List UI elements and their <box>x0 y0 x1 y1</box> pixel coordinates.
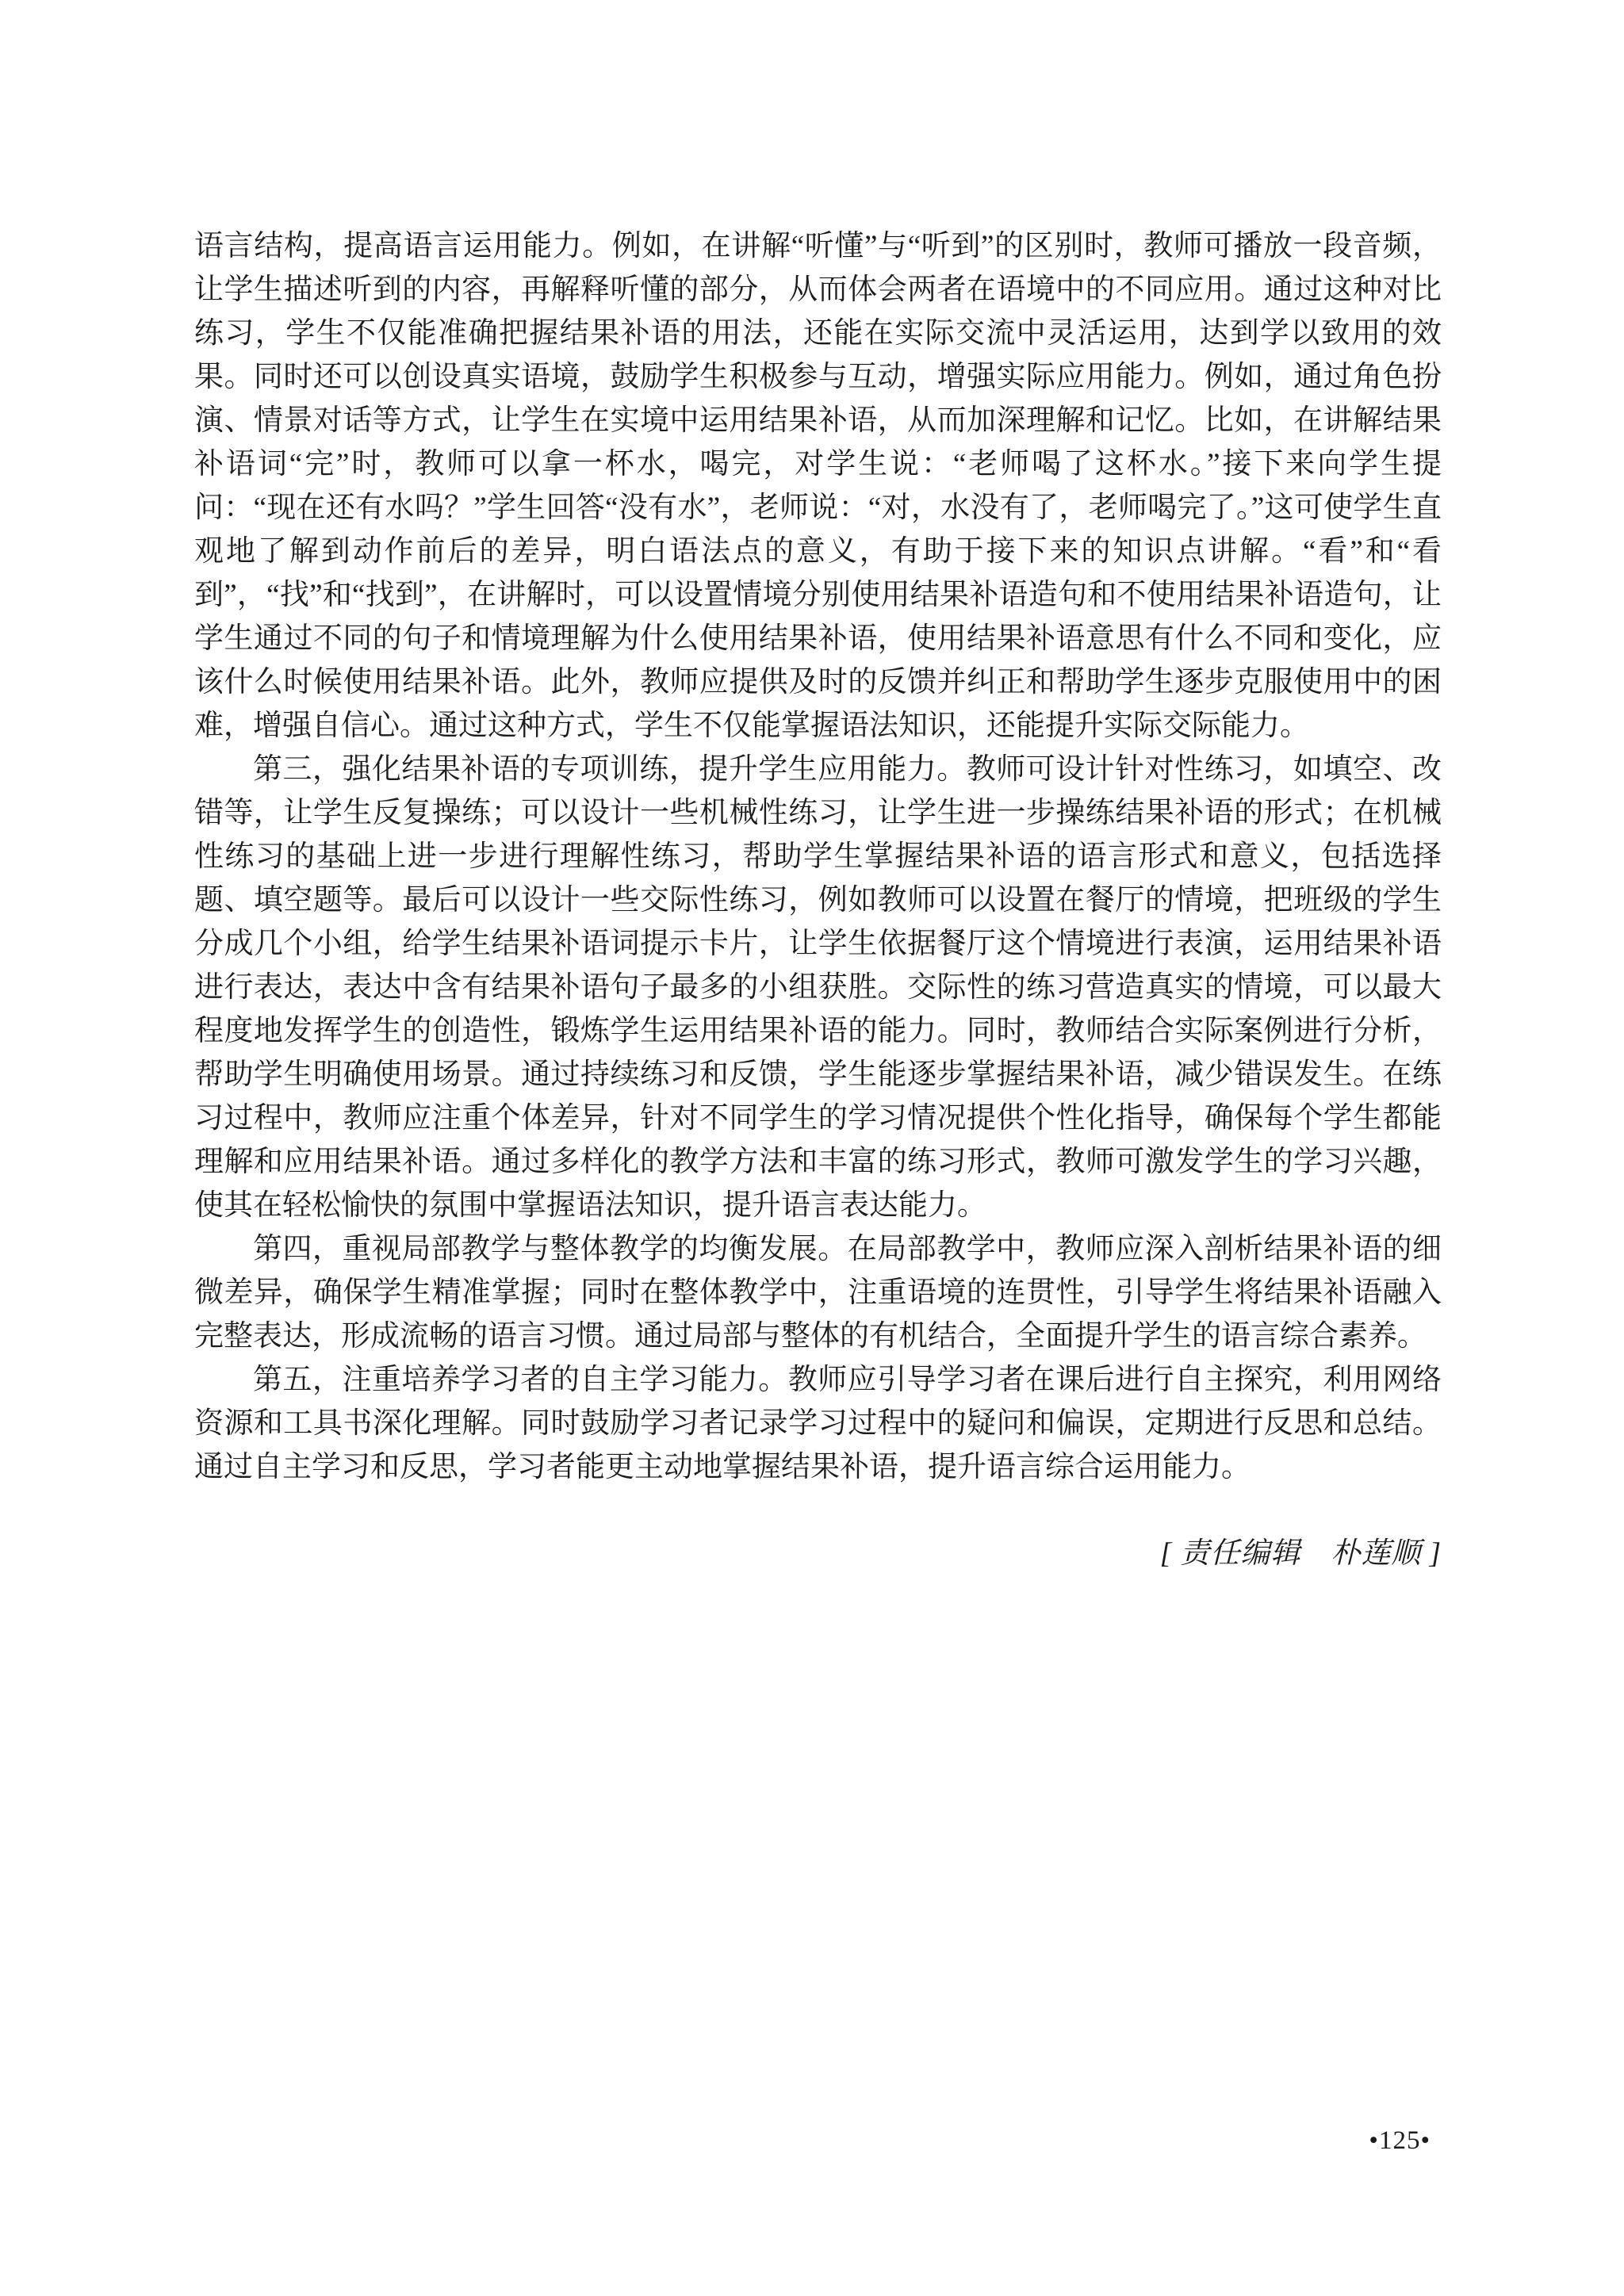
paragraph-fifth-point: 第五，注重培养学习者的自主学习能力。教师应引导学习者在课后进行自主探究，利用网络… <box>194 1358 1442 1489</box>
article-body: 语言结构，提高语言运用能力。例如，在讲解“听懂”与“听到”的区别时，教师可播放一… <box>194 224 1442 1575</box>
paragraph-third-point: 第三，强化结果补语的专项训练，提升学生应用能力。教师可设计针对性练习，如填空、改… <box>194 748 1442 1227</box>
paragraph-fourth-point: 第四，重视局部教学与整体教学的均衡发展。在局部教学中，教师应深入剖析结果补语的细… <box>194 1227 1442 1358</box>
paragraph-continuation: 语言结构，提高语言运用能力。例如，在讲解“听懂”与“听到”的区别时，教师可播放一… <box>194 224 1442 748</box>
page-number: •125• <box>1369 2125 1431 2156</box>
editor-credit: [ 责任编辑 朴莲顺 ] <box>194 1532 1442 1575</box>
document-page: 语言结构，提高语言运用能力。例如，在讲解“听懂”与“听到”的区别时，教师可播放一… <box>0 0 1624 2296</box>
